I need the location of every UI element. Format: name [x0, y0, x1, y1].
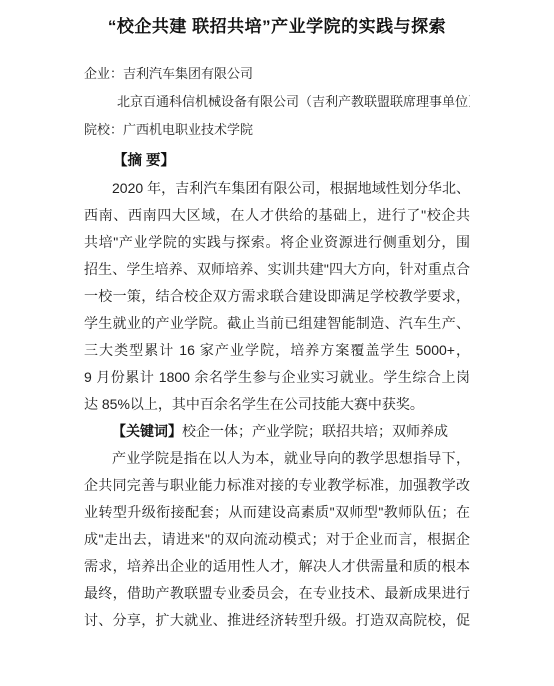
affiliation-label: 院校： [84, 122, 123, 137]
affiliation-enterprise-2: 北京百通科信机械设备有限公司（吉利产教联盟联席理事单位） [84, 88, 470, 116]
intro-line: 成"走出去，请进来"的双向流动模式；对于企业而言，根据企业用工 [84, 526, 470, 553]
keywords-text: 校企一体；产业学院；联招共培；双师养成 [182, 423, 448, 439]
abstract-line: 三大类型累计 16 家产业学院，培养方案覆盖学生 5000+，2021 年至 [84, 337, 470, 364]
abstract-line: 一校一策，结合校企双方需求联合建设即满足学校教学要求，又指向 [84, 283, 470, 310]
abstract-line: 西南、西南四大区域，在人才供给的基础上，进行了"校企共建，联招 [84, 202, 470, 229]
affiliation-value: 北京百通科信机械设备有限公司（吉利产教联盟联席理事单位） [117, 94, 470, 109]
intro-line: 业转型升级衔接配套；从而建设高素质"双师型"教师队伍；在院校形 [84, 499, 470, 526]
affiliation-value: 广西机电职业技术学院 [123, 122, 253, 137]
affiliation-value: 吉利汽车集团有限公司 [123, 66, 253, 81]
abstract-line: 共培"产业学院的实践与探索。将企业资源进行侧重划分，围绕"协同 [84, 229, 470, 256]
keywords-line: 【关键词】校企一体；产业学院；联招共培；双师养成 [84, 418, 470, 445]
intro-line: 产业学院是指在以人为本，就业导向的教学思想指导下，通过校 [84, 445, 470, 472]
keywords-label: 【关键词】 [112, 423, 182, 439]
intro-line: 企共同完善与职业能力标准对接的专业教学标准，加强教学改革与产 [84, 472, 470, 499]
affiliation-college: 院校：广西机电职业技术学院 [84, 116, 470, 144]
intro-line: 最终，借助产教联盟专业委员会，在专业技术、最新成果进行实时研 [84, 580, 470, 607]
abstract-heading: 【摘 要】 [84, 148, 470, 175]
intro-line: 需求，培养出企业的适用性人才，解决人才供需量和质的根本问题。 [84, 553, 470, 580]
abstract-line: 9 月份累计 1800 余名学生参与企业实习就业。学生综合上岗合格率 [84, 364, 470, 391]
document-body: 【摘 要】 2020 年，吉利汽车集团有限公司，根据地域性划分华北、华东、 西南… [84, 148, 470, 634]
document-page: “校企共建 联招共培”产业学院的实践与探索 企业：吉利汽车集团有限公司 北京百通… [0, 0, 554, 686]
abstract-line: 学生就业的产业学院。截止当前已组建智能制造、汽车生产、新能源 [84, 310, 470, 337]
affiliation-enterprise: 企业：吉利汽车集团有限公司 [84, 60, 470, 88]
paper-title: “校企共建 联招共培”产业学院的实践与探索 [0, 0, 554, 39]
abstract-line: 2020 年，吉利汽车集团有限公司，根据地域性划分华北、华东、 [84, 175, 470, 202]
affiliations-block: 企业：吉利汽车集团有限公司 北京百通科信机械设备有限公司（吉利产教联盟联席理事单… [84, 60, 470, 144]
abstract-line: 达 85%以上，其中百余名学生在公司技能大赛中获奖。 [84, 391, 470, 418]
affiliation-label: 企业： [84, 66, 123, 81]
intro-line: 讨、分享，扩大就业、推进经济转型升级。打造双高院校，促使培养 [84, 607, 470, 634]
abstract-line: 招生、学生培养、双师培养、实训共建"四大方向，针对重点合作院校 [84, 256, 470, 283]
